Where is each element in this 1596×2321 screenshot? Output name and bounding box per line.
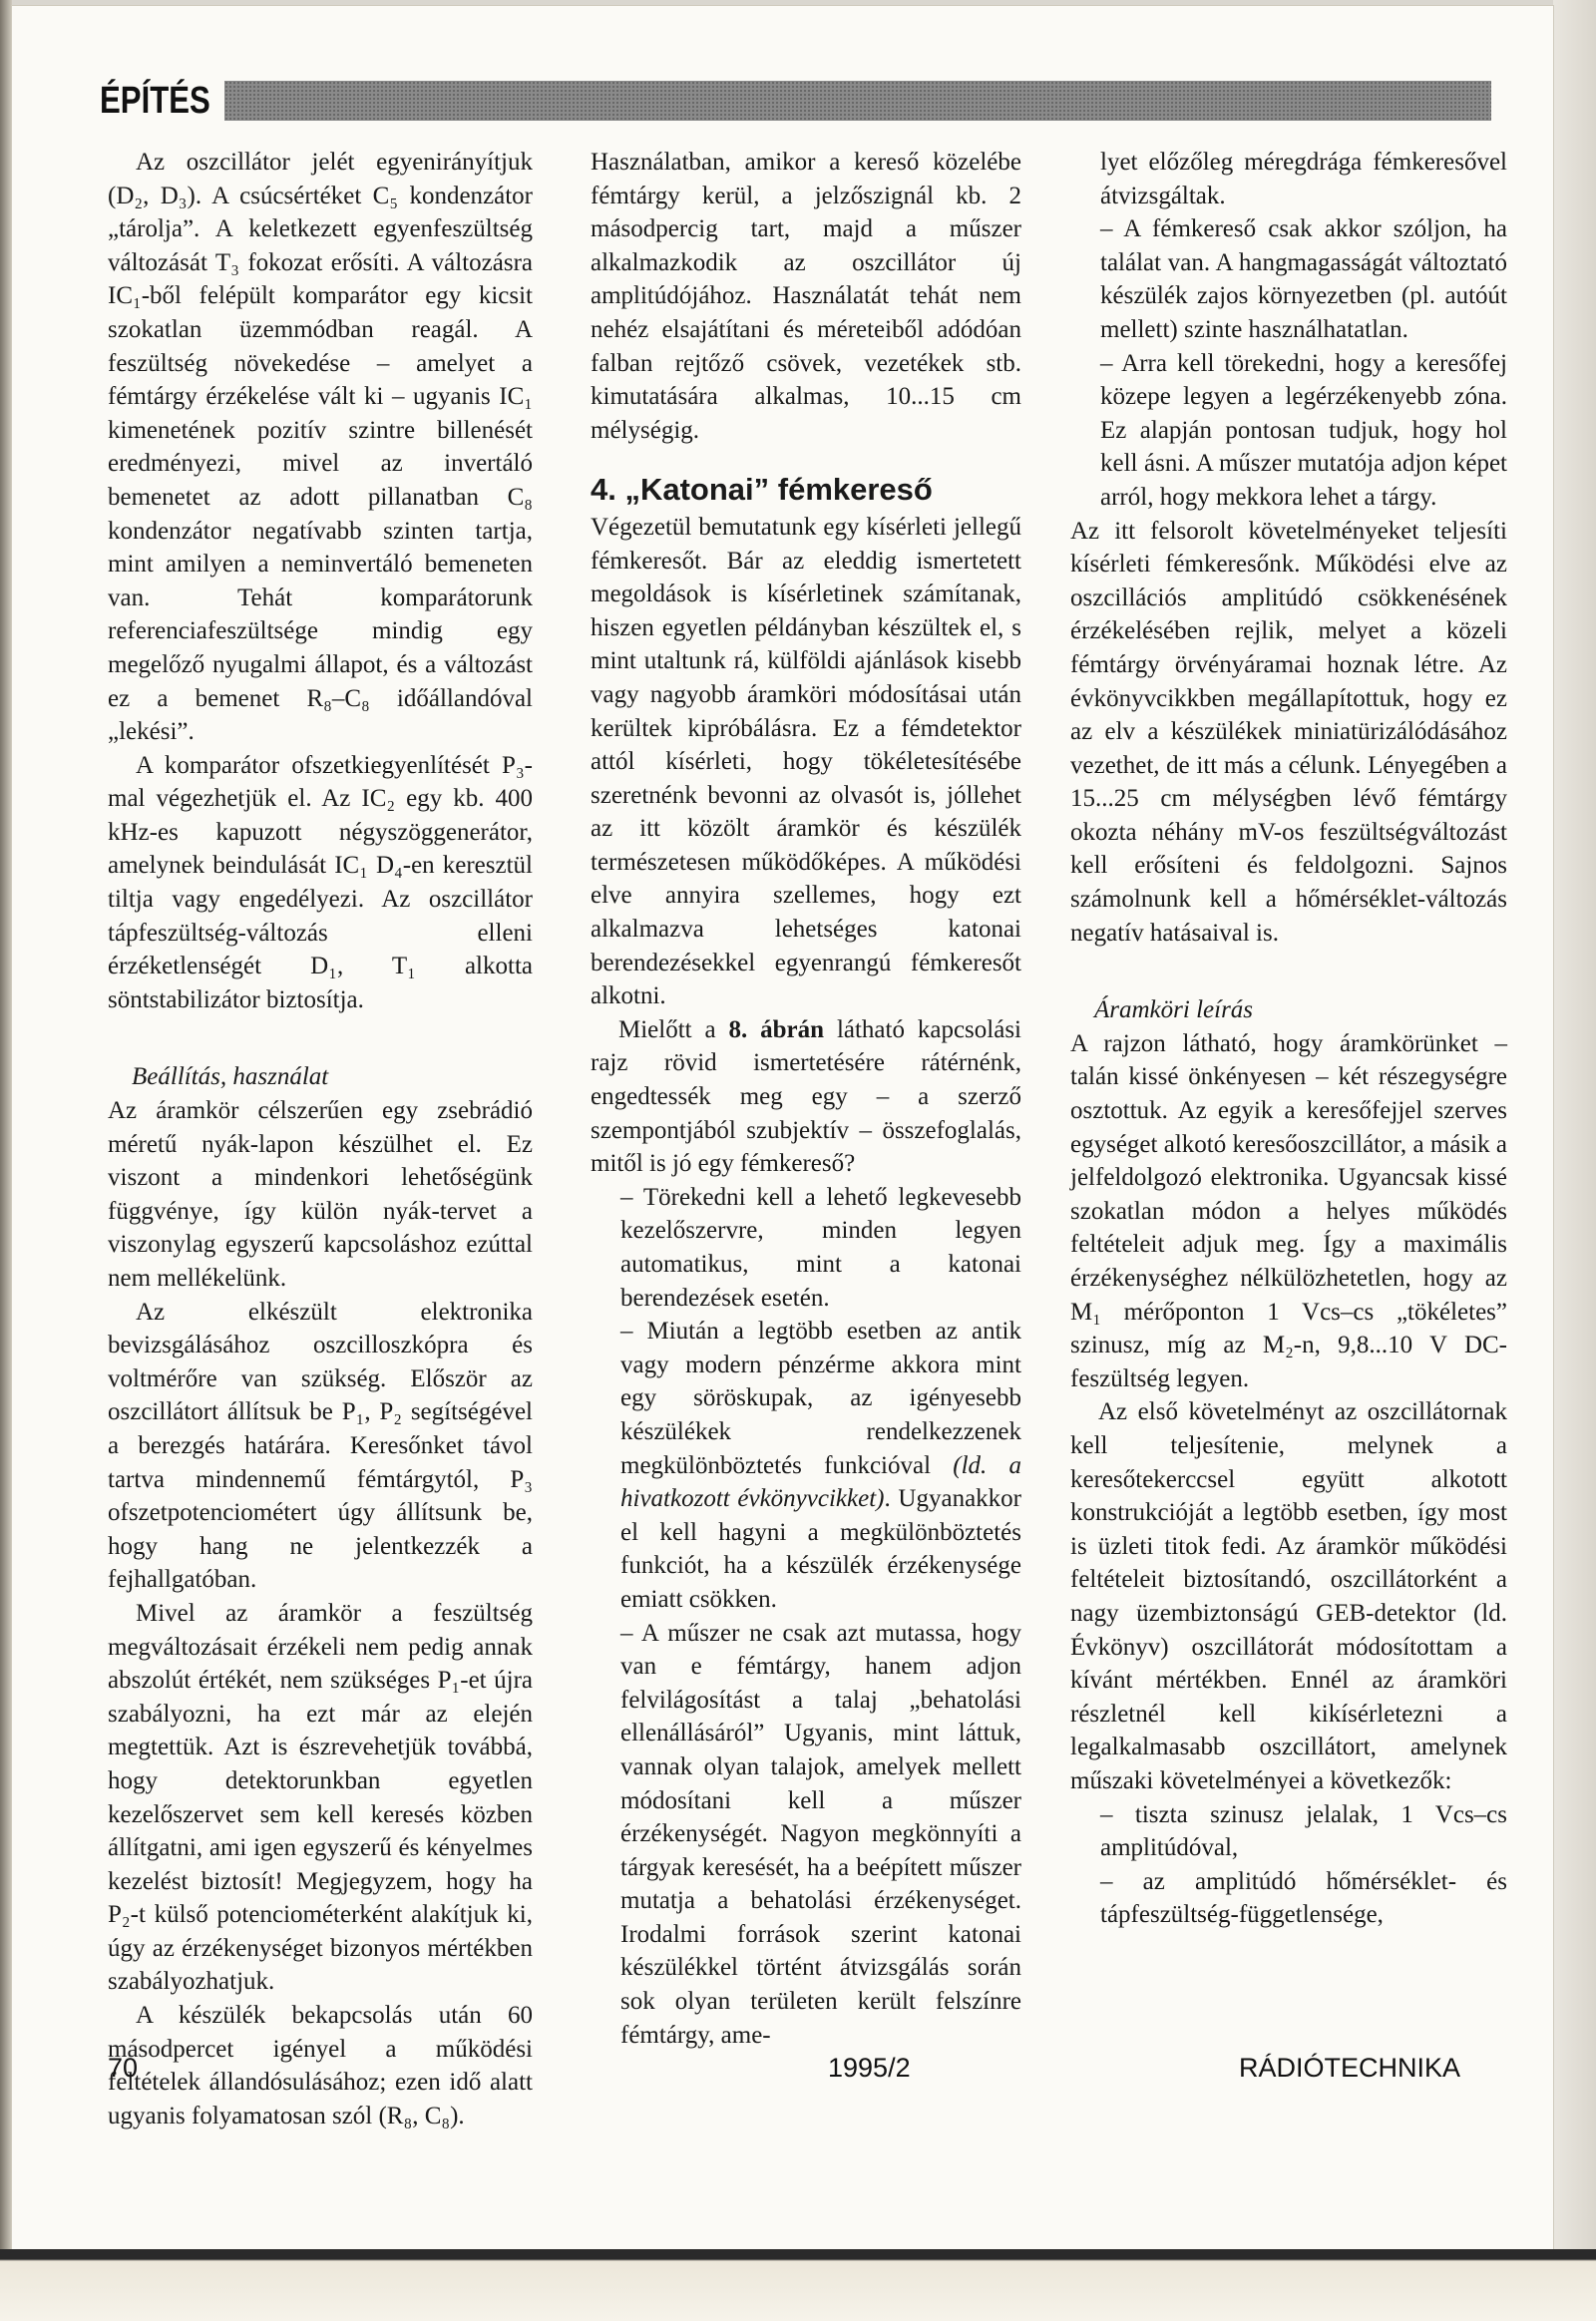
section-title: ÉPÍTÉS xyxy=(100,80,210,123)
paragraph: Az elkészült elektronika bevizsgálásához… xyxy=(108,1296,533,1597)
list-item: – az amplitúdó hőmérséklet- és tápfeszül… xyxy=(1070,1865,1507,1932)
list-item: – A műszer ne csak azt mutassa, hogy van… xyxy=(591,1617,1021,2053)
scan-right-edge xyxy=(1553,0,1596,2321)
page-number: 70 xyxy=(108,2053,138,2084)
list-item: – tiszta szinusz jelalak, 1 Vcs–cs ampli… xyxy=(1070,1798,1507,1865)
paragraph: Az áramkör célszerűen egy zsebrádió mére… xyxy=(108,1094,533,1296)
paragraph: A komparátor ofszetkiegyenlítését P₃-mal… xyxy=(108,749,533,1017)
paragraph: A rajzon látható, hogy áramkörünket – ta… xyxy=(1070,1027,1507,1396)
scan-spine-edge xyxy=(0,0,12,2321)
paragraph: Mivel az áramkör a feszültség megváltozá… xyxy=(108,1597,533,1999)
figure-reference: 8. ábrán xyxy=(729,1016,825,1043)
page-header: ÉPÍTÉS xyxy=(100,76,1541,126)
list-item: – Miután a legtöbb esetben az antik vagy… xyxy=(591,1315,1021,1616)
list-item-continued: lyet előzőleg méregdrága fémkeresővel át… xyxy=(1070,146,1507,212)
list-item: – A fémkereső csak akkor szóljon, ha tal… xyxy=(1070,212,1507,346)
halftone-title-bar xyxy=(224,81,1491,121)
issue-number: 1995/2 xyxy=(828,2053,911,2084)
paragraph: Mielőtt a 8. ábrán látható kapcsolási ra… xyxy=(591,1013,1021,1181)
paragraph: Használatban, amikor a kereső közelébe f… xyxy=(591,146,1021,447)
text-column-3: lyet előzőleg méregdrága fémkeresővel át… xyxy=(1070,146,1507,1932)
paragraph: Végezetül bemutatunk egy kísérleti jelle… xyxy=(591,511,1021,1013)
paragraph: Az első követelményt az oszcillátornak k… xyxy=(1070,1395,1507,1797)
article-heading: 4. „Katonai” fémkereső xyxy=(591,473,1021,507)
list-item: – Törekedni kell a lehető legkevesebb ke… xyxy=(591,1181,1021,1315)
list-item: – Arra kell törekedni, hogy a keresőfej … xyxy=(1070,347,1507,515)
scan-bottom-edge xyxy=(0,2249,1596,2321)
text-span: Mielőtt a xyxy=(618,1016,729,1043)
magazine-name: RÁDIÓTECHNIKA xyxy=(1239,2053,1460,2084)
paragraph: A készülék bekapcsolás után 60 másodperc… xyxy=(108,1999,533,2132)
subheading-settings-usage: Beállítás, használat xyxy=(108,1060,533,1094)
text-column-1: Az oszcillátor jelét egyenirányítjuk (D₂… xyxy=(108,146,533,2132)
subheading-circuit-description: Áramköri leírás xyxy=(1070,993,1507,1027)
paragraph: Az itt felsorolt követelményeket teljesí… xyxy=(1070,515,1507,951)
paragraph: Az oszcillátor jelét egyenirányítjuk (D₂… xyxy=(108,146,533,749)
text-column-2: Használatban, amikor a kereső közelébe f… xyxy=(591,146,1021,2052)
